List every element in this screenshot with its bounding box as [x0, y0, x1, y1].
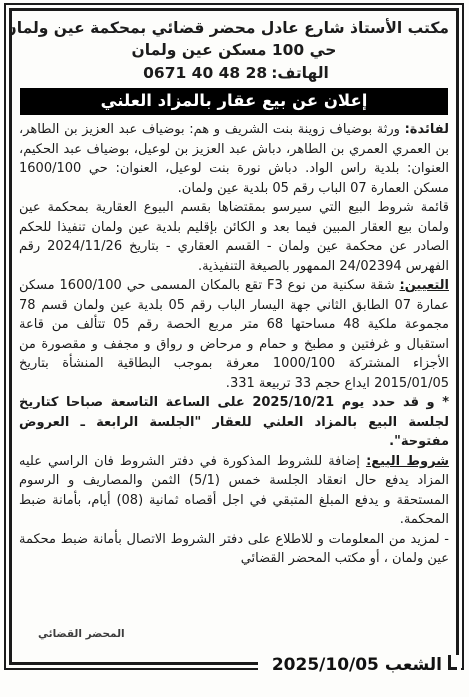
bailiff-signature: المحضر القضائي — [38, 628, 125, 640]
publication-date: 2025/10/05 — [272, 655, 379, 675]
office-address-line: حي 100 مسكن عين ولمان — [19, 39, 449, 61]
notice-body: لفائدة: ورثة بوضياف زوينة بنت الشريف و ه… — [19, 120, 449, 569]
designation-paragraph: التعيين: شقة سكنية من نوع F3 تقع بالمكان… — [19, 276, 449, 393]
publication-footer: الشعب 2025/10/05 — [258, 655, 461, 677]
designation-text: شقة سكنية من نوع F3 تقع بالمكان المسمى ح… — [19, 278, 449, 391]
auction-session-paragraph: * و قد حدد يوم 2025/10/21 على الساعة الت… — [19, 393, 449, 452]
sale-terms-label: شروط البيع: — [366, 454, 449, 469]
designation-label: التعيين: — [400, 278, 450, 293]
ad-inner-border: مكتب الأستاذ شارع عادل محضر قضائي بمحكمة… — [9, 8, 459, 665]
newspaper-auction-notice: مكتب الأستاذ شارع عادل محضر قضائي بمحكمة… — [0, 0, 469, 697]
phone-number: 0671 40 48 28 — [143, 64, 267, 82]
office-name-line: مكتب الأستاذ شارع عادل محضر قضائي بمحكمة… — [19, 17, 449, 39]
office-header: مكتب الأستاذ شارع عادل محضر قضائي بمحكمة… — [19, 17, 449, 84]
conditions-intro-paragraph: قائمة شروط البيع التي سيرسو بمقتضاها بقس… — [19, 198, 449, 276]
ad-outer-border: مكتب الأستاذ شارع عادل محضر قضائي بمحكمة… — [4, 3, 464, 670]
sale-terms-paragraph: شروط البيع: إضافة للشروط المذكورة في دفت… — [19, 452, 449, 530]
beneficiary-paragraph: لفائدة: ورثة بوضياف زوينة بنت الشريف و ه… — [19, 120, 449, 198]
more-info-paragraph: - لمزيد من المعلومات و للاطلاع على دفتر … — [19, 530, 449, 569]
notice-title-banner: إعلان عن بيع عقار بالمزاد العلني — [20, 88, 448, 115]
frame-corner-bracket-icon — [448, 655, 457, 670]
newspaper-name: الشعب — [385, 655, 442, 675]
phone-label: الهاتف: — [271, 64, 329, 82]
beneficiary-text: ورثة بوضياف زوينة بنت الشريف و هم: بوضيا… — [19, 122, 449, 196]
beneficiary-label: لفائدة: — [405, 122, 449, 137]
office-phone-line: الهاتف:0671 40 48 28 — [19, 62, 449, 84]
